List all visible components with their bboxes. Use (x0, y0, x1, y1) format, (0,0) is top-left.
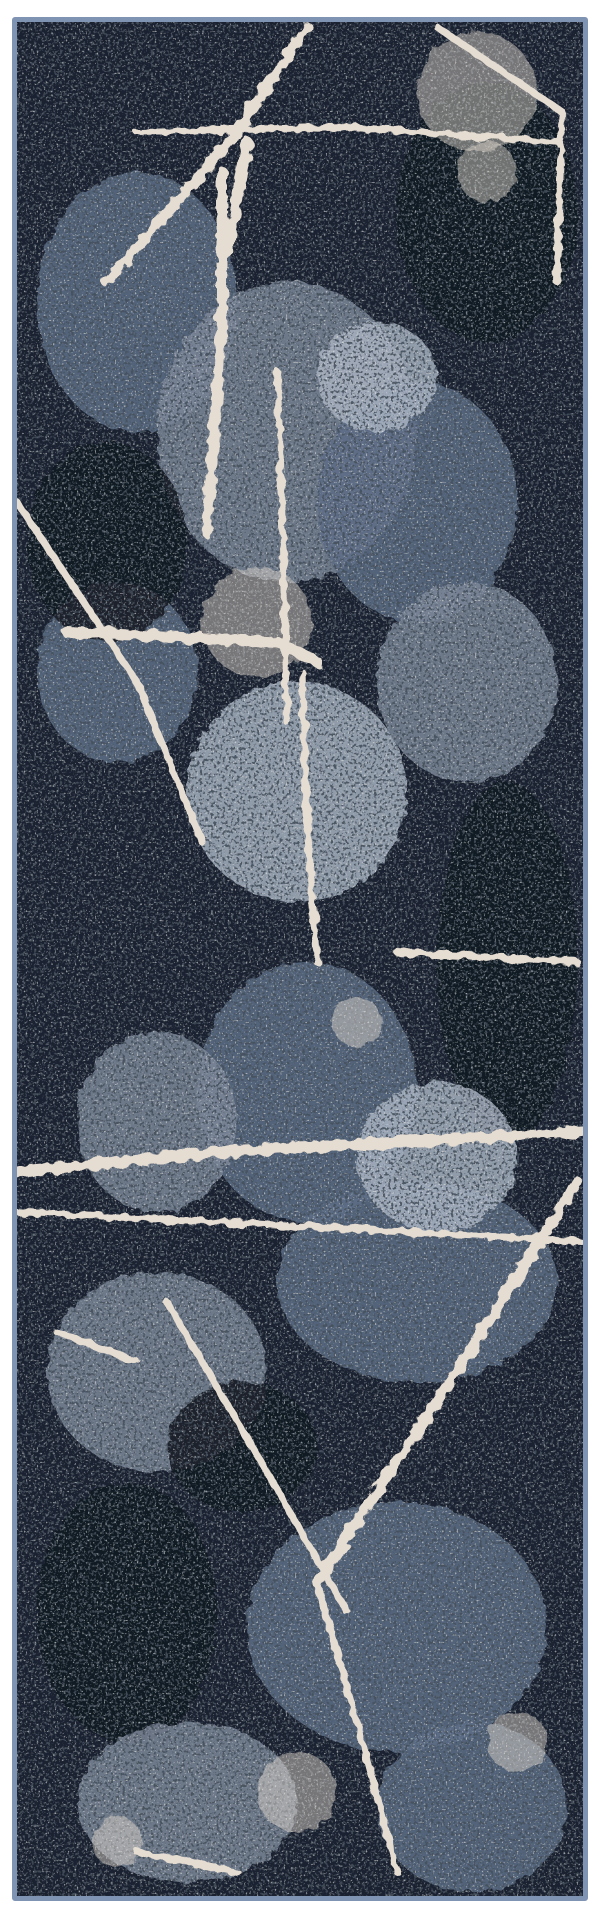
rug-pattern (17, 22, 583, 1896)
runner-rug-image (12, 17, 588, 1901)
